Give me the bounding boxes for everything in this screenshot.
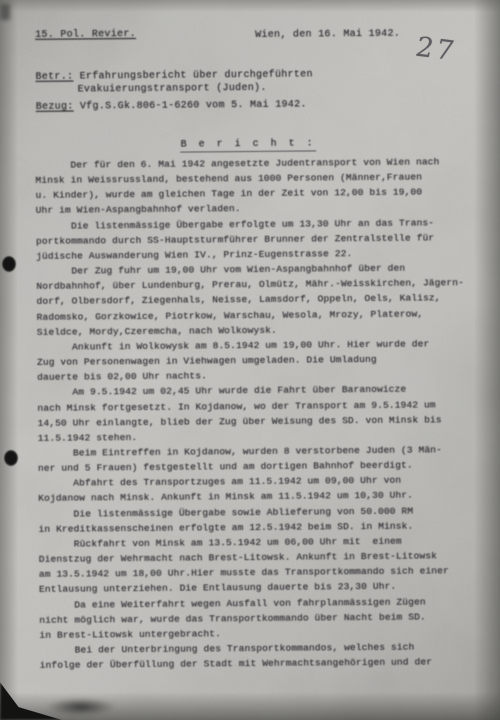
document-sheet: 15. Pol. Revier. Wien, den 16. Mai 1942.…	[0, 0, 500, 720]
top-left-mark	[0, 4, 10, 20]
scanned-document-photo: 15. Pol. Revier. Wien, den 16. Mai 1942.…	[0, 0, 500, 720]
header-place-date: Wien, den 16. Mai 1942.	[255, 29, 400, 41]
hole-punch-bottom	[4, 450, 18, 466]
header-unit: 15. Pol. Revier.	[35, 29, 136, 41]
subject-text-line1: Erfahrungsbericht über durchgeführten	[73, 69, 313, 82]
reference-text: Vfg.S.Gk.806-1-6260 vom 5. Mai 1942.	[74, 99, 307, 112]
reference-label: Bezug:	[36, 102, 74, 113]
subject-text-line2: Evakuierungstransport (Juden).	[78, 83, 267, 96]
reference-line: Bezug: Vfg.S.Gk.806-1-6260 vom 5. Mai 19…	[36, 99, 307, 112]
bottom-smudge	[46, 698, 116, 716]
hole-punch-top	[2, 256, 16, 272]
subject-label: Betr.:	[35, 72, 73, 83]
report-body: Der für den 6. Mai 1942 angesetzte Juden…	[35, 154, 477, 673]
report-heading: B e r i c h t :	[0, 131, 498, 153]
report-heading-text: B e r i c h t :	[181, 138, 316, 152]
text-line: infolge der Überfüllung der Stadt mit We…	[40, 654, 478, 673]
subject-line: Betr.: Erfahrungsbericht über durchgefüh…	[35, 67, 312, 84]
handwritten-page-number: 27	[413, 32, 460, 67]
